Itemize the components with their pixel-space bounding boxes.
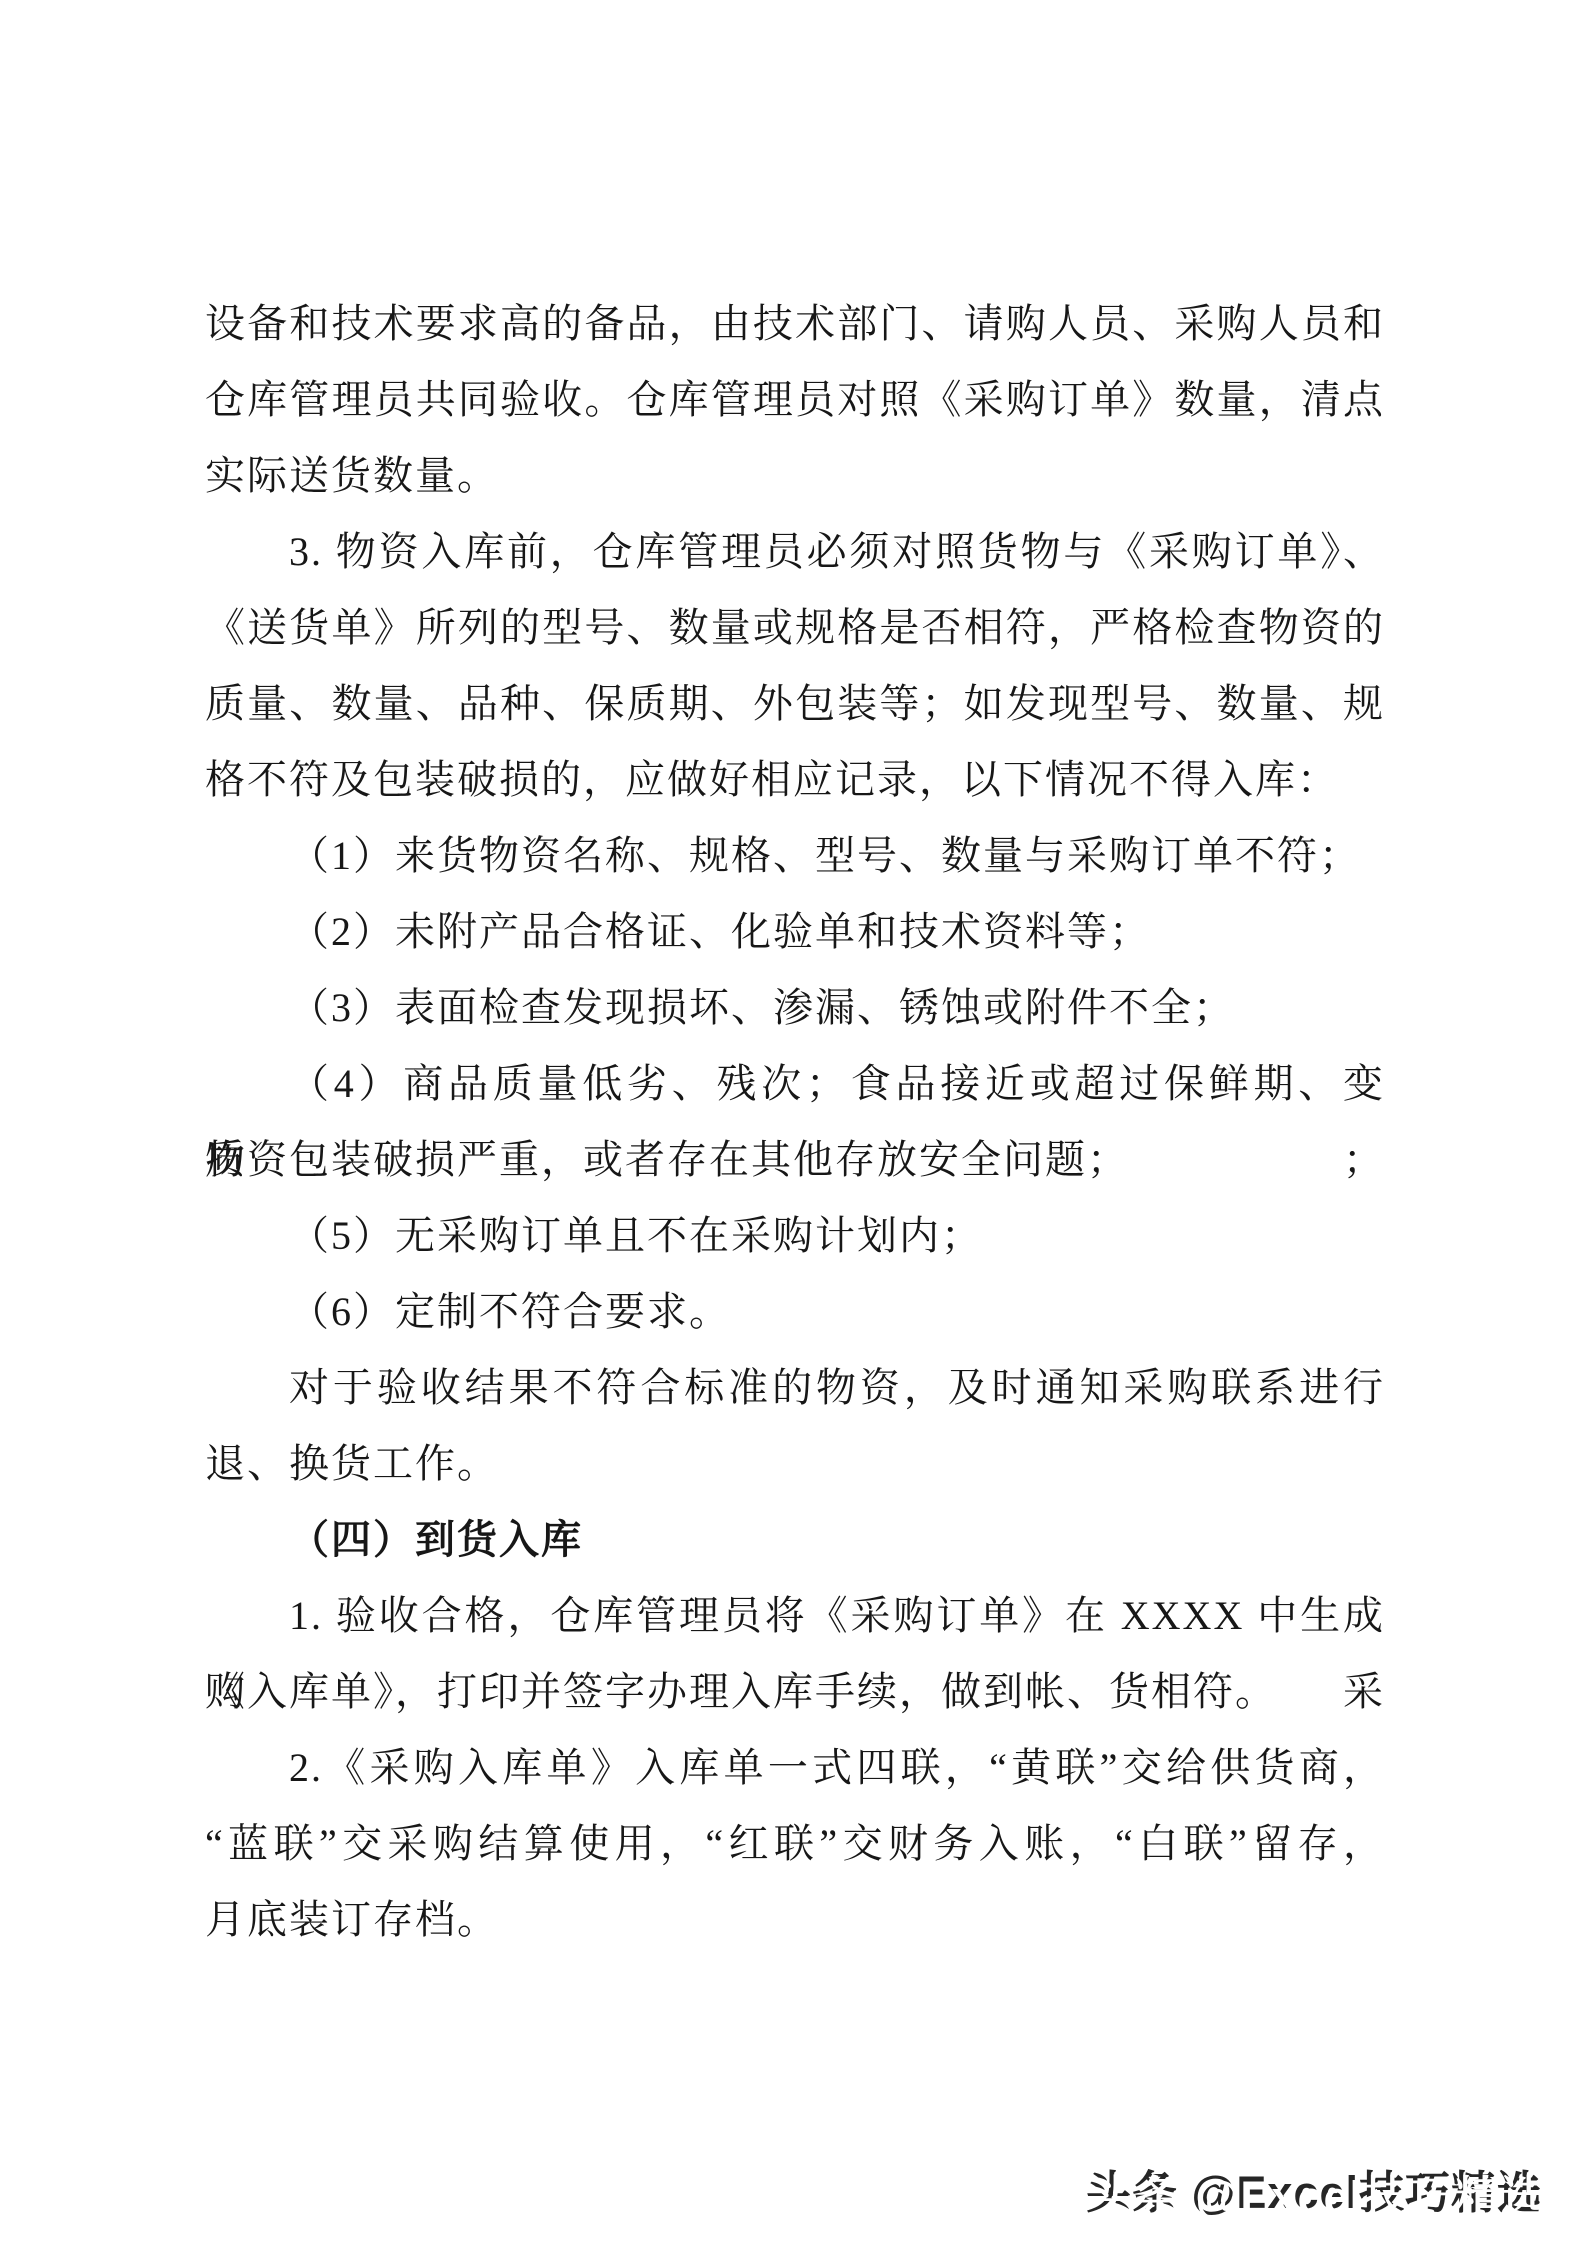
document-list-item: （4）商品质量低劣、残次；食品接近或超过保鲜期、变质；: [205, 1046, 1385, 1122]
document-line: “蓝联”交采购结算使用，“红联”交财务入账，“白联”留存，: [205, 1806, 1385, 1882]
document-body: 设备和技术要求高的备品，由技术部门、请购人员、采购人员和 仓库管理员共同验收。仓…: [205, 286, 1385, 1958]
document-line: 实际送货数量。: [205, 438, 1385, 514]
document-line: 3. 物资入库前，仓库管理员必须对照货物与《采购订单》、: [205, 514, 1385, 590]
section-heading: （四）到货入库: [205, 1502, 1385, 1578]
document-page: 设备和技术要求高的备品，由技术部门、请购人员、采购人员和 仓库管理员共同验收。仓…: [0, 0, 1587, 2245]
document-list-item: （6）定制不符合要求。: [205, 1274, 1385, 1350]
document-line: 质量、数量、品种、保质期、外包装等；如发现型号、数量、规: [205, 666, 1385, 742]
document-line: 对于验收结果不符合标准的物资，及时通知采购联系进行: [205, 1350, 1385, 1426]
document-line: 1. 验收合格，仓库管理员将《采购订单》在 XXXX 中生成《采: [205, 1578, 1385, 1654]
document-list-item: （2）未附产品合格证、化验单和技术资料等；: [205, 894, 1385, 970]
document-line: 退、换货工作。: [205, 1426, 1385, 1502]
document-list-item: （1）来货物资名称、规格、型号、数量与采购订单不符；: [205, 818, 1385, 894]
document-line: 仓库管理员共同验收。仓库管理员对照《采购订单》数量，清点: [205, 362, 1385, 438]
document-line: 《送货单》所列的型号、数量或规格是否相符，严格检查物资的: [205, 590, 1385, 666]
document-line: 设备和技术要求高的备品，由技术部门、请购人员、采购人员和: [205, 286, 1385, 362]
document-line: 月底装订存档。: [205, 1882, 1385, 1958]
document-list-item: （5）无采购订单且不在采购计划内；: [205, 1198, 1385, 1274]
document-list-item: （3）表面检查发现损坏、渗漏、锈蚀或附件不全；: [205, 970, 1385, 1046]
document-line: 格不符及包装破损的，应做好相应记录，以下情况不得入库：: [205, 742, 1385, 818]
document-line: 2.《采购入库单》入库单一式四联，“黄联”交给供货商，: [205, 1730, 1385, 1806]
watermark-toutiao-excel: 头条 @Excel技巧精选: [1090, 2161, 1547, 2226]
document-line: 购入库单》，打印并签字办理入库手续，做到帐、货相符。: [205, 1654, 1385, 1730]
